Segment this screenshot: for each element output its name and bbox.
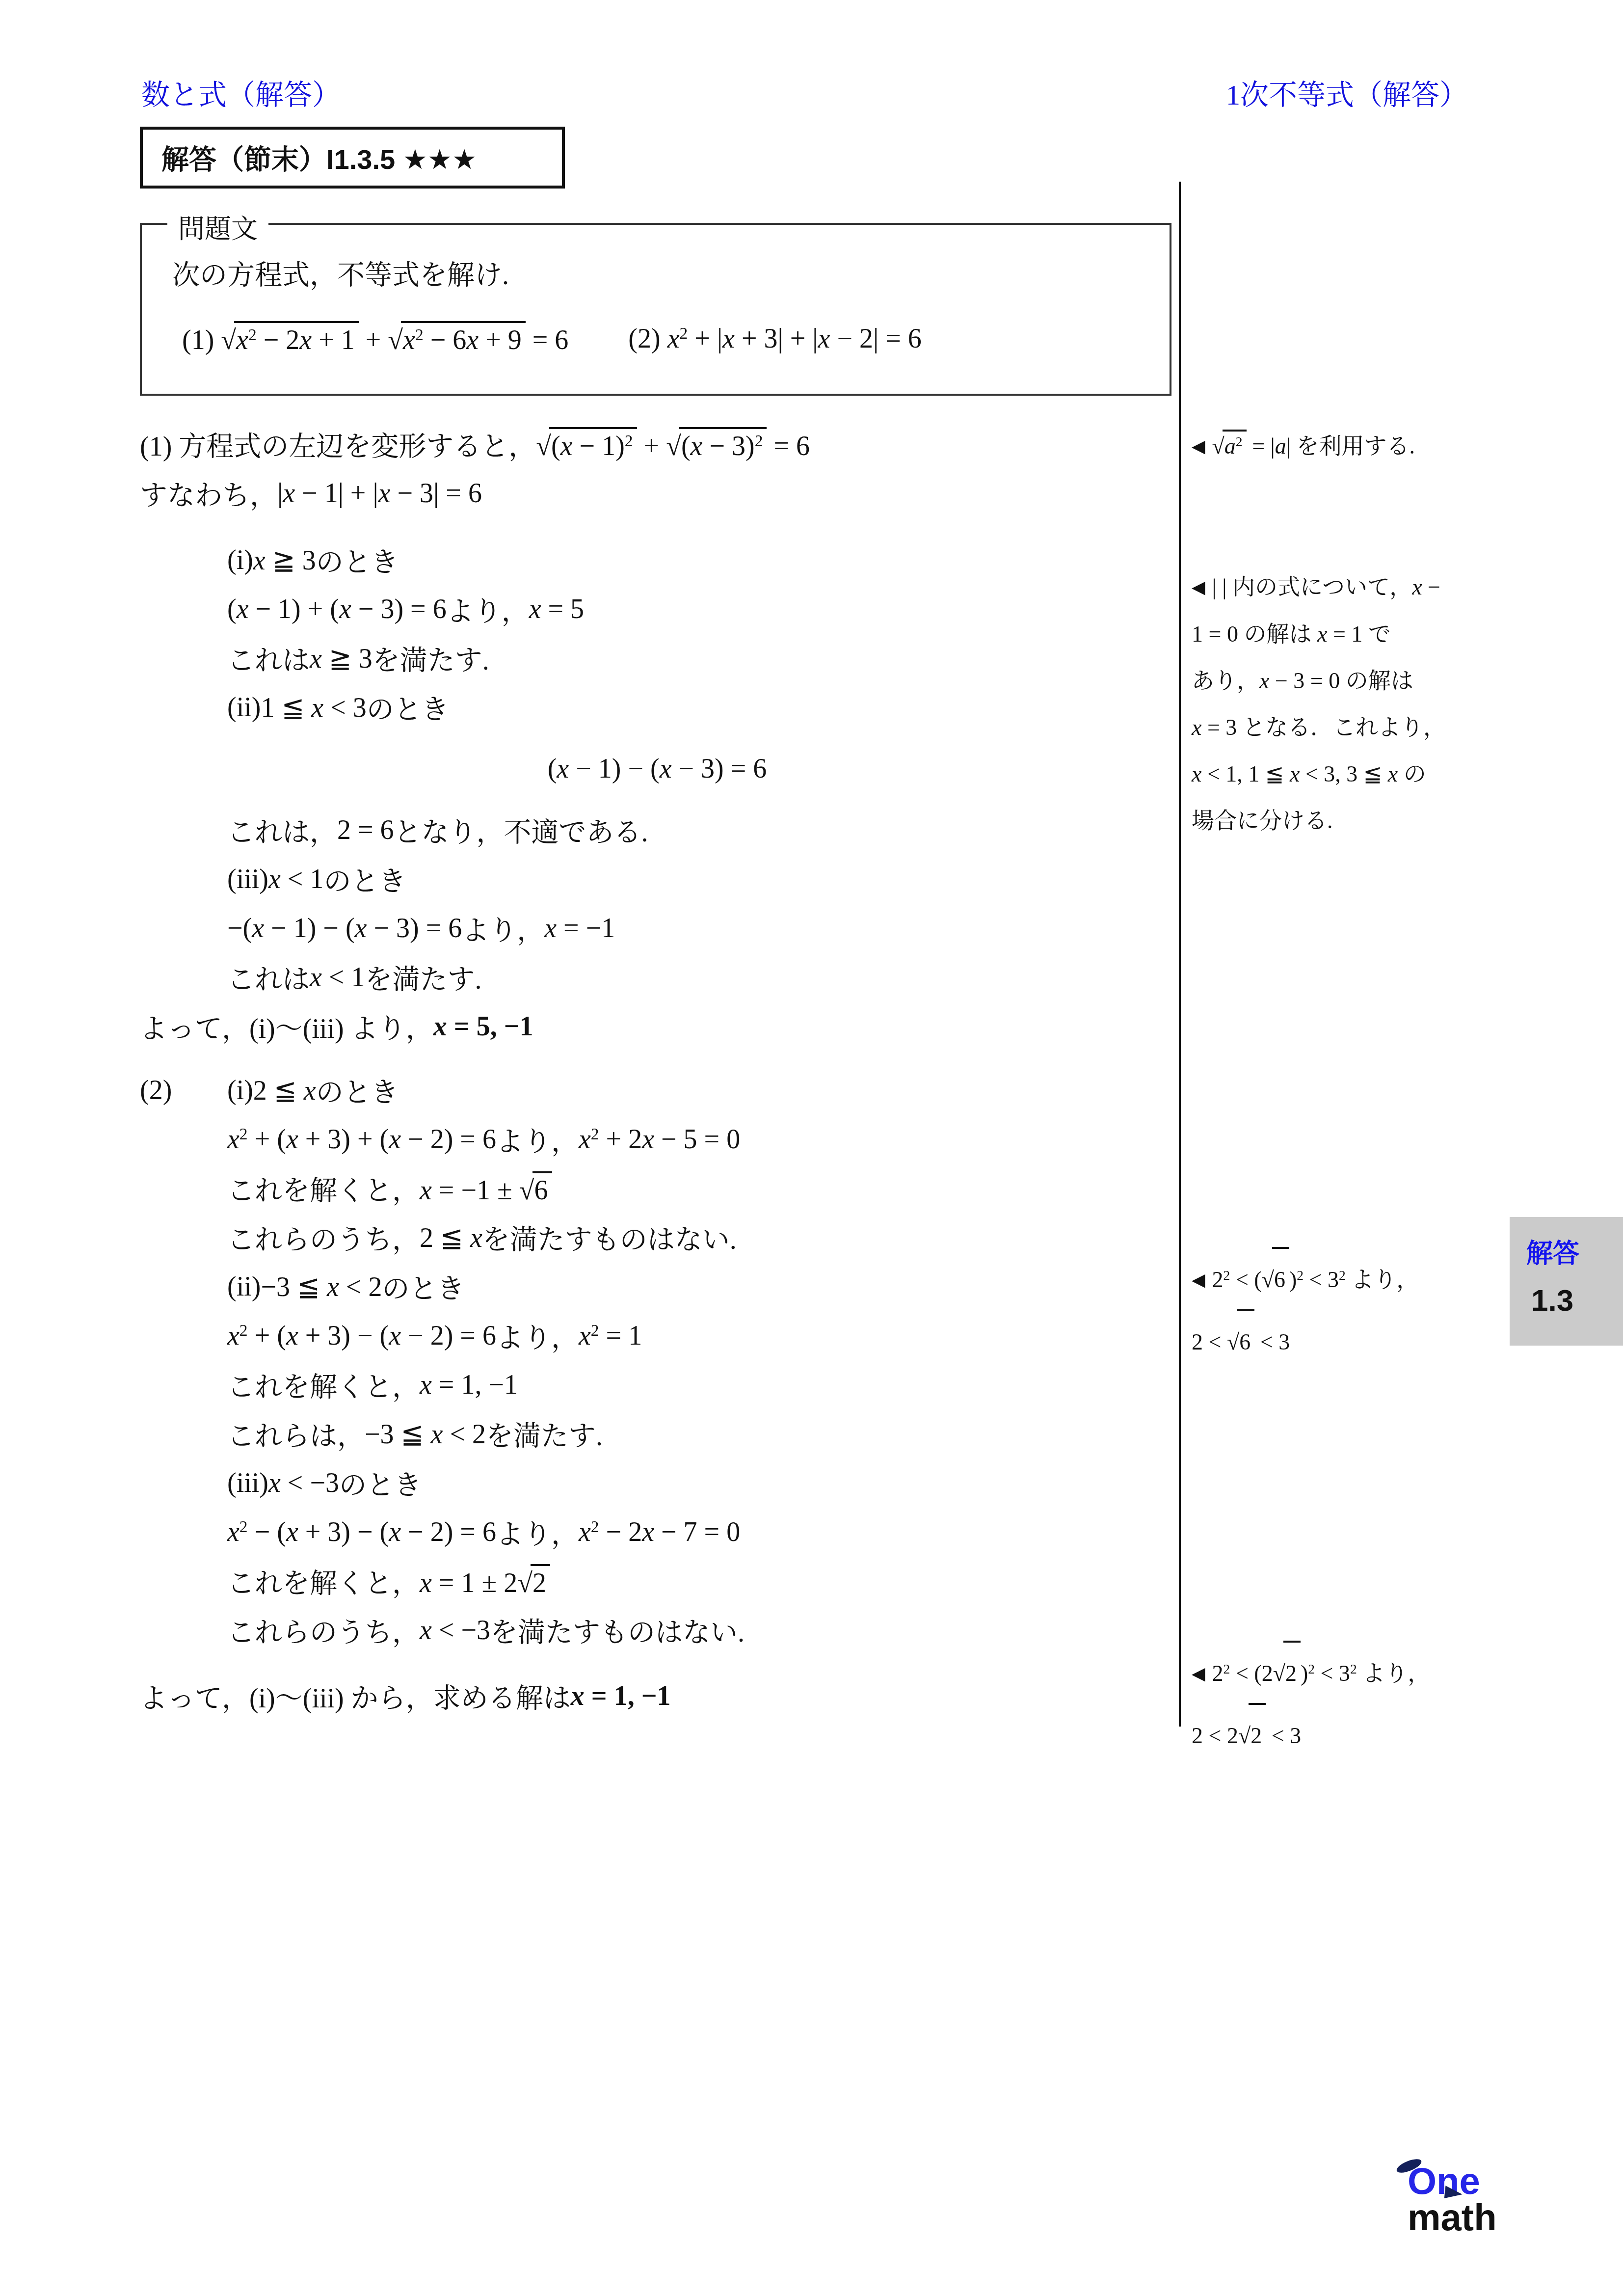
math-run: 22 < (2√2)2 < 32 (1212, 1661, 1357, 1686)
math-run: 22 < (√6)2 < 32 (1212, 1267, 1346, 1292)
margin-note-line: ◀√a2 = |a| を利用する. (1192, 428, 1479, 460)
solution-line: (1) 方程式の左辺を変形すると，√(x − 1)2 + √(x − 3)2 =… (140, 420, 1174, 469)
math-run: x < 1, 1 ≦ x < 3, 3 ≦ x (1192, 761, 1398, 786)
text-run: となり，不適である. (394, 810, 648, 850)
hanging-item-number: (2) (140, 1075, 172, 1106)
margin-note-line: ◀22 < (√6)2 < 32 より， (1192, 1247, 1479, 1309)
text-run: (iii) (227, 1467, 268, 1499)
chapter-tab: 解答 1.3 (1510, 1217, 1623, 1346)
superscript: 2 (1236, 434, 1243, 449)
solution-line: これを解くと，x = −1 ± √6 (140, 1164, 1174, 1213)
superscript: 2 (1350, 1661, 1357, 1676)
math-run: x2 + (x + 3) − (x − 2) = 6 (227, 1320, 496, 1351)
page-header-left: 数と式（解答） (141, 72, 341, 113)
radicand: (x − 1)2 (549, 427, 637, 462)
math-run: −3 ≦ x < 2 (261, 1271, 382, 1303)
margin-note: ◀22 < (2√2)2 < 32 より，2 < 2√2 < 3 (1192, 1641, 1479, 1765)
sqrt-expression: √2 (1238, 1703, 1266, 1765)
solution-line: (x − 1) + (x − 3) = 6 より，x = 5 (140, 585, 1174, 634)
solution-line: x2 + (x + 3) + (x − 2) = 6 より，x2 + 2x − … (140, 1115, 1174, 1164)
radicand: 6 (1237, 1309, 1254, 1372)
text-run: これを解くと， (227, 1365, 420, 1405)
text-run: (iii) (227, 864, 268, 895)
solution-title-text: 解答（節末）I1.3.5 ★★★ (161, 138, 477, 177)
text-run: より， (496, 1316, 579, 1355)
problem-statement-box: 問題文 次の方程式，不等式を解け. (1) √x2 − 2x + 1 + √x2… (140, 223, 1171, 396)
superscript: 2 (591, 1125, 599, 1143)
superscript: 2 (415, 326, 424, 344)
math-run: |x − 1| + |x − 3| = 6 (277, 478, 482, 509)
text-run: を満たすものはない. (482, 1218, 737, 1257)
radicand: 6 (1272, 1247, 1289, 1309)
superscript: 2 (591, 1518, 599, 1536)
sqrt-expression: √2 (517, 1564, 550, 1599)
problem-equation: (2) x2 + |x + 3| + |x − 2| = 6 (628, 323, 921, 354)
radicand: 6 (532, 1171, 552, 1206)
text-run: これらのうち， (227, 1218, 420, 1257)
text-run: (1) 方程式の左辺を変形すると， (140, 425, 536, 464)
text-run: の解は (1340, 668, 1413, 693)
margin-divider-line (1179, 182, 1181, 1727)
radicand: (x − 3)2 (679, 427, 767, 462)
text-run: これは， (227, 810, 337, 850)
text-run: のとき (367, 688, 449, 727)
math-run: x < 1 (268, 864, 323, 895)
text-run: より， (1346, 1267, 1419, 1292)
math-run: x = 1 ± 2√2 (420, 1564, 550, 1599)
logo-word-one: One (1408, 2164, 1480, 2199)
sqrt-expression: √6 (519, 1171, 552, 1206)
chapter-tab-number: 1.3 (1531, 1283, 1623, 1318)
solution-line: すなわち，|x − 1| + |x − 3| = 6 (140, 469, 1174, 518)
solution-line: (ii) 1 ≦ x < 3 のとき (140, 683, 1174, 732)
math-run: 2 < √6 < 3 (1192, 1329, 1290, 1354)
math-run: x − (1412, 574, 1440, 599)
math-run: x2 − 2x − 7 = 0 (579, 1516, 740, 1548)
math-run: x ≧ 3 (310, 643, 372, 675)
margin-note-line: 2 < √6 < 3 (1192, 1309, 1479, 1372)
margin-note-line: あり，x − 3 = 0 の解は (1192, 657, 1479, 704)
solution-line: これを解くと，x = 1, −1 (140, 1360, 1174, 1409)
math-run: 2 = 6 (337, 814, 394, 846)
radicand: 2 (1283, 1641, 1301, 1703)
chapter-tab-label: 解答 (1526, 1233, 1623, 1270)
sqrt-expression: √(x − 3)2 (666, 427, 767, 462)
superscript: 2 (1224, 1268, 1230, 1283)
text-run: より， (462, 909, 544, 948)
superscript: 2 (591, 1322, 599, 1340)
text-run: のとき (339, 1463, 422, 1503)
solution-line: よって，(i)〜(iii) より，x = 5, −1 (140, 1002, 1174, 1051)
text-run: (ii) (227, 692, 261, 723)
text-run: の解は (1238, 621, 1317, 647)
math-run: √x2 − 2x + 1 + √x2 − 6x + 9 = 6 (221, 325, 568, 355)
text-run: これらのうち， (227, 1611, 420, 1650)
text-run: で (1362, 621, 1391, 647)
margin-note: ◀| | 内の式について，x −1 = 0 の解は x = 1 であり，x − … (1192, 564, 1479, 844)
solution-line: これを解くと，x = 1 ± 2√2 (140, 1557, 1174, 1606)
text-run: の (1398, 761, 1426, 786)
page-header-right: 1次不等式（解答） (1226, 72, 1468, 113)
problem-label: 問題文 (167, 208, 268, 246)
text-run: これらは， (227, 1414, 365, 1454)
superscript: 2 (680, 324, 688, 342)
solution-line: これは x < 1 を満たす. (140, 953, 1174, 1002)
solution-line: x2 + (x + 3) − (x − 2) = 6 より，x2 = 1 (140, 1311, 1174, 1360)
margin-note-line: x = 3 となる．これより， (1192, 704, 1479, 751)
logo-word-math: math (1408, 2200, 1497, 2236)
text-run: 場合に分ける. (1192, 808, 1333, 833)
math-run: x = 1 (1317, 621, 1362, 647)
margin-note-line: 2 < 2√2 < 3 (1192, 1703, 1479, 1765)
sqrt-expression: √(x − 1)2 (536, 427, 637, 462)
superscript: 2 (239, 1518, 248, 1536)
solution-line: これは x ≧ 3 を満たす. (140, 634, 1174, 683)
radicand: 2 (531, 1564, 550, 1599)
text-run: を満たす. (486, 1414, 603, 1454)
text-run: これを解くと， (227, 1169, 420, 1208)
text-run: より， (496, 1120, 579, 1159)
radicand: a2 (1223, 430, 1247, 459)
sqrt-expression: √6 (1227, 1309, 1254, 1372)
superscript: 2 (239, 1322, 248, 1340)
text-run: これは (227, 639, 310, 678)
radicand: 2 (1249, 1703, 1266, 1765)
margin-note-line: 場合に分ける. (1192, 797, 1479, 844)
text-run: (1) (182, 325, 221, 355)
sqrt-expression: √a2 (1212, 430, 1247, 459)
note-marker-icon: ◀ (1192, 1664, 1205, 1683)
math-run: x = 3 (1192, 715, 1237, 740)
math-run: 2 ≦ x (253, 1075, 316, 1107)
onemath-logo: One math (1408, 2164, 1497, 2236)
text-run: を利用する. (1291, 433, 1415, 459)
text-run: より， (1357, 1661, 1431, 1686)
text-run: 内の式について， (1227, 574, 1412, 599)
math-run: x = −1 (544, 913, 615, 944)
solution-body: (1) 方程式の左辺を変形すると，√(x − 1)2 + √(x − 3)2 =… (140, 420, 1174, 1721)
logo-beak-icon (1444, 2186, 1463, 2200)
text-run: のとき (323, 860, 406, 899)
note-marker-icon: ◀ (1192, 1270, 1205, 1290)
math-run: x = 5, −1 (433, 1011, 533, 1042)
solution-line: これらは，−3 ≦ x < 2 を満たす. (140, 1409, 1174, 1459)
math-run: −(x − 1) − (x − 3) = 6 (227, 913, 462, 944)
text-run: のとき (316, 540, 399, 580)
solution-line: −(x − 1) − (x − 3) = 6 より，x = −1 (140, 904, 1174, 953)
math-run: (x − 1) − (x − 3) = 6 (548, 753, 767, 784)
math-run: x2 + 2x − 5 = 0 (579, 1124, 740, 1155)
text-run: すなわち， (140, 474, 277, 513)
text-run: よって，(i)〜(iii) から，求める解は (140, 1676, 571, 1716)
text-run: (ii) (227, 1271, 261, 1302)
sqrt-expression: √2 (1273, 1641, 1301, 1703)
margin-note: ◀22 < (√6)2 < 32 より，2 < √6 < 3 (1192, 1247, 1479, 1372)
superscript: 2 (755, 432, 763, 450)
problem-equations: (1) √x2 − 2x + 1 + √x2 − 6x + 9 = 6(2) x… (182, 321, 1170, 356)
radicand: x2 − 2x + 1 (234, 321, 359, 356)
text-run: (i) (227, 544, 253, 576)
solution-title-box: 解答（節末）I1.3.5 ★★★ (140, 127, 565, 189)
superscript: 2 (248, 326, 257, 344)
sqrt-expression: √x2 − 2x + 1 (221, 321, 358, 356)
text-run: を満たす. (365, 958, 481, 997)
math-run: x < −3 (268, 1467, 339, 1499)
margin-note-line: x < 1, 1 ≦ x < 3, 3 ≦ x の (1192, 751, 1479, 797)
text-run: あり， (1192, 668, 1259, 693)
math-run: 2 ≦ x (420, 1222, 482, 1254)
superscript: 2 (1339, 1268, 1346, 1283)
solution-line: これらのうち，x < −3 を満たすものはない. (140, 1606, 1174, 1655)
math-run: x − 3 = 0 (1259, 668, 1340, 693)
margin-note-line: ◀| | 内の式について，x − (1192, 564, 1479, 611)
math-run: x = 1, −1 (420, 1369, 518, 1401)
solution-line: (x − 1) − (x − 3) = 6 (140, 732, 1174, 806)
math-run: √a2 = |a| (1212, 433, 1291, 459)
math-run: x2 + (x + 3) + (x − 2) = 6 (227, 1124, 496, 1155)
radicand: x2 − 6x + 9 (401, 321, 526, 356)
note-marker-icon: ◀ (1192, 436, 1205, 456)
superscript: 2 (625, 432, 633, 450)
text-run: よって，(i)〜(iii) より， (140, 1007, 433, 1046)
text-run: より， (447, 590, 529, 629)
math-run: x2 = 1 (579, 1320, 642, 1351)
problem-intro: 次の方程式，不等式を解け. (172, 253, 1170, 293)
superscript: 2 (1297, 1268, 1304, 1283)
solution-line: (ii) −3 ≦ x < 2 のとき (140, 1262, 1174, 1311)
solution-line: これは，2 = 6 となり，不適である. (140, 806, 1174, 855)
solution-line: これらのうち，2 ≦ x を満たすものはない. (140, 1213, 1174, 1262)
text-run: を満たす. (372, 639, 489, 678)
solution-line: (iii) x < −3 のとき (140, 1459, 1174, 1508)
math-run: x < −3 (420, 1615, 490, 1646)
math-run: x = 1, −1 (571, 1680, 671, 1712)
math-run: −3 ≦ x < 2 (365, 1418, 486, 1450)
solution-line: (iii) x < 1 のとき (140, 855, 1174, 904)
text-run: を満たすものはない. (490, 1611, 745, 1650)
superscript: 2 (1224, 1661, 1230, 1676)
text-run: (i) (227, 1075, 253, 1106)
text-run: これを解くと， (227, 1562, 420, 1601)
sqrt-expression: √x2 − 6x + 9 (388, 321, 525, 356)
solution-line: (2)(i) 2 ≦ x のとき (140, 1066, 1174, 1115)
text-run: (2) (628, 324, 667, 354)
text-run: のとき (382, 1267, 464, 1306)
superscript: 2 (239, 1125, 248, 1143)
math-run: 1 = 0 (1192, 621, 1238, 647)
superscript: 2 (1308, 1661, 1315, 1676)
document-page: 数と式（解答） 1次不等式（解答） 解答（節末）I1.3.5 ★★★ 問題文 次… (0, 0, 1623, 2296)
math-run: 2 < 2√2 < 3 (1192, 1723, 1301, 1748)
solution-line: (i) x ≧ 3 のとき (140, 536, 1174, 585)
margin-note: ◀√a2 = |a| を利用する. (1192, 428, 1479, 460)
solution-line: よって，(i)〜(iii) から，求める解は x = 1, −1 (140, 1672, 1174, 1721)
text-run: これは (227, 958, 310, 997)
math-run: | | (1212, 574, 1227, 599)
math-run: x < 1 (310, 962, 365, 993)
math-run: x = 5 (529, 594, 584, 625)
margin-note-line: ◀22 < (2√2)2 < 32 より， (1192, 1641, 1479, 1703)
math-run: √(x − 1)2 + √(x − 3)2 = 6 (536, 427, 810, 462)
math-run: x = −1 ± √6 (420, 1171, 552, 1206)
note-marker-icon: ◀ (1192, 577, 1205, 597)
solution-line: x2 − (x + 3) − (x − 2) = 6 より，x2 − 2x − … (140, 1508, 1174, 1557)
text-run: より， (496, 1513, 579, 1552)
sqrt-expression: √6 (1262, 1247, 1289, 1309)
problem-equation: (1) √x2 − 2x + 1 + √x2 − 6x + 9 = 6 (182, 321, 568, 356)
math-run: x2 − (x + 3) − (x − 2) = 6 (227, 1516, 496, 1548)
text-run: のとき (316, 1071, 399, 1110)
math-run: x ≧ 3 (253, 544, 316, 576)
math-run: 1 ≦ x < 3 (261, 692, 366, 724)
text-run: となる．これより， (1237, 715, 1446, 740)
math-run: (x − 1) + (x − 3) = 6 (227, 594, 447, 625)
math-run: x2 + |x + 3| + |x − 2| = 6 (667, 324, 922, 354)
margin-note-line: 1 = 0 の解は x = 1 で (1192, 611, 1479, 657)
